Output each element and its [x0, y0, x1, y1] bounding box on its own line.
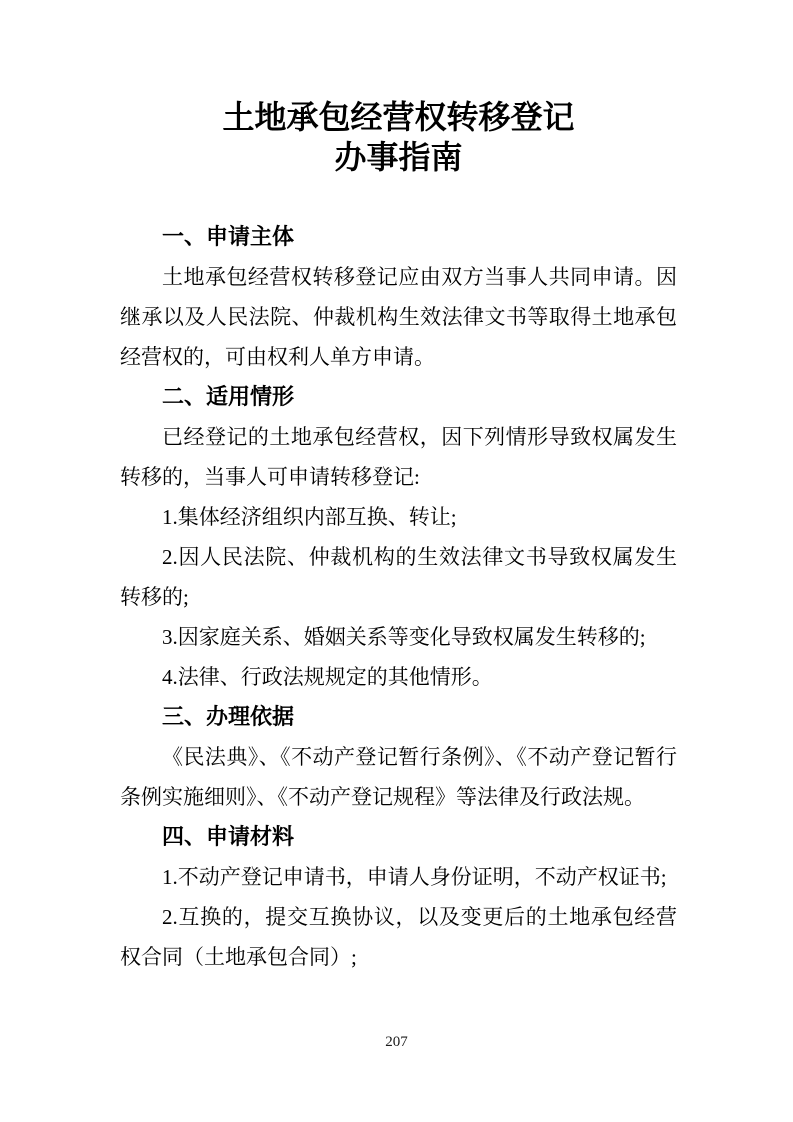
- document-title: 土地承包经营权转移登记 办事指南: [120, 97, 677, 177]
- paragraph: 《民法典》、《不动产登记暂行条例》、《不动产登记暂行条例实施细则》、《不动产登记…: [120, 737, 677, 817]
- document-content: 土地承包经营权转移登记 办事指南 一、申请主体土地承包经营权转移登记应由双方当事…: [120, 97, 677, 977]
- paragraph: 土地承包经营权转移登记应由双方当事人共同申请。因继承以及人民法院、仲裁机构生效法…: [120, 257, 677, 377]
- paragraph: 2.互换的，提交互换协议，以及变更后的土地承包经营权合同（土地承包合同）;: [120, 897, 677, 977]
- paragraph: 已经登记的土地承包经营权，因下列情形导致权属发生转移的，当事人可申请转移登记:: [120, 417, 677, 497]
- document-page: 土地承包经营权转移登记 办事指南 一、申请主体土地承包经营权转移登记应由双方当事…: [0, 0, 793, 1122]
- paragraph: 4.法律、行政法规规定的其他情形。: [120, 657, 677, 697]
- paragraph: 1.不动产登记申请书，申请人身份证明，不动产权证书;: [120, 857, 677, 897]
- section-heading: 一、申请主体: [120, 217, 677, 257]
- paragraph: 1.集体经济组织内部互换、转让;: [120, 497, 677, 537]
- section-heading: 四、申请材料: [120, 817, 677, 857]
- paragraph: 2.因人民法院、仲裁机构的生效法律文书导致权属发生转移的;: [120, 537, 677, 617]
- paragraph: 3.因家庭关系、婚姻关系等变化导致权属发生转移的;: [120, 617, 677, 657]
- section-heading: 三、办理依据: [120, 697, 677, 737]
- document-title-line-2: 办事指南: [120, 137, 677, 177]
- document-body: 一、申请主体土地承包经营权转移登记应由双方当事人共同申请。因继承以及人民法院、仲…: [120, 217, 677, 977]
- section-heading: 二、适用情形: [120, 377, 677, 417]
- page-number: 207: [0, 1032, 793, 1052]
- document-title-line-1: 土地承包经营权转移登记: [120, 97, 677, 137]
